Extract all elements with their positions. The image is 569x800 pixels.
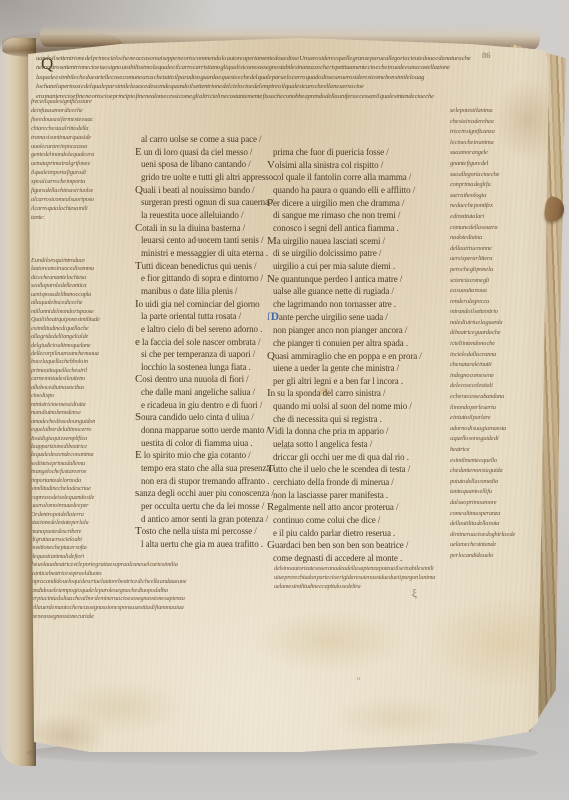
gloss-line: uelame che sintende (450, 540, 528, 551)
gloss-line: che dante non sia guida (450, 466, 528, 477)
gloss-line: gente del mondo la quale era (31, 151, 135, 160)
gloss-line: per piu cinta d uliua che ai bor de mine… (29, 595, 272, 604)
tercet-initial: C (135, 373, 142, 385)
left-margin-gloss-block-2: E un di loro qui introducelautore uno in… (31, 257, 137, 561)
gloss-line: Sopra candido uelo qui descriue lautore … (29, 578, 272, 587)
gloss-line: alla quale boce dice che (31, 299, 137, 307)
gloss-line: importante de lorno da (31, 477, 137, 485)
verse-line: quando ha paura o quando elli e afflitto… (273, 184, 468, 197)
tercet-initial: Q (267, 350, 275, 362)
gloss-line: e similitudine di quella che (31, 325, 137, 333)
verse-line: continuo come colui che dice / (273, 514, 468, 527)
tercet-initial: M (267, 235, 277, 247)
gloss-line: uersi sperar littera (450, 254, 528, 265)
gloss-line: uenuta prima tral grifone e (31, 160, 135, 169)
verse-line: prima che fuor di puericia fosse / (273, 146, 468, 159)
gloss-line: chiare che sta al ritto della (31, 125, 135, 134)
verse-line: che di necessita qui si registra . (273, 413, 468, 426)
verse-line: che pianger ti conuien per altra spada . (273, 337, 468, 350)
scribal-flourish-mark: ξ (412, 588, 417, 600)
gloss-line: xpo al carro che importa (31, 178, 135, 187)
verse-line: Cosi dentro una nuuola di fiori / (135, 373, 291, 386)
right-margin-gloss: se le potesti lanimache sia in a dere be… (450, 106, 528, 562)
gloss-line: ueni sposa de libano e capla (31, 291, 137, 299)
verse-line: ualse alle guance nette di rugiada / (273, 285, 468, 298)
verse-line: la reuestita uoce alleluiando / (141, 209, 291, 222)
gloss-line: nale di uirtu e la guarda (450, 318, 528, 329)
gloss-line: Io uidi gia qui exemplifica (31, 435, 137, 443)
gloss-line: ua era lomo in nuuole e per (31, 502, 137, 510)
tercet-initial: E (135, 449, 142, 461)
verse-line: e laltro cielo di bel sereno adorno . (141, 323, 291, 336)
gloss-line: amade che disse do un guidon (31, 418, 137, 426)
gloss-line: freca il quale significa stare (31, 98, 135, 107)
header-line: lo chanel apertossi e del quale par simi… (36, 82, 538, 91)
gloss-line: potuto della comedia (450, 477, 528, 488)
header-line: la quale e simbile che due artelle cose … (36, 73, 538, 82)
tiny-quire-mark: u (357, 676, 360, 682)
tercet-initial: T (267, 463, 274, 475)
gloss-line: fiore douea si ferme ste e uac (31, 116, 135, 125)
verse-line: uestita di color di fiamma uiua . (141, 437, 291, 450)
verse-line: E lo spirito mio che gia cotanto / (135, 449, 291, 462)
verse-column-2: prima che fuor di puericia fosse /Volsim… (273, 146, 468, 565)
gloss-line: positione che piacer sofia (31, 544, 137, 552)
gloss-line: indegno come se ne (450, 371, 528, 382)
gloss-line: il carro quia la chiesa mili (31, 205, 135, 214)
gloss-line: alla boce diuina uocibus (31, 384, 137, 392)
gloss-line: beatrice (450, 445, 528, 456)
tercet-initial: e (135, 336, 140, 348)
verse-line: cerchiato della fronde di minerua / (273, 476, 468, 489)
verse-line: Quasi ammiraglio che en poppa e en prora… (267, 350, 468, 363)
tercet-initial: V (267, 425, 275, 437)
gloss-line: al carro sicome al suo riposo (31, 196, 135, 205)
verse-line: Ma uirgilio nauea lasciati scemi / (267, 235, 468, 248)
footer-gloss-left: che uolaua beatrice et le porte gratiae … (29, 561, 272, 621)
tercet-initial: V (267, 159, 275, 171)
verse-line: per gli altri legni e a ben far l incora… (273, 375, 468, 388)
gloss-line: mill anni del mondo rispuose (31, 308, 137, 316)
interlinear-correction: a uoce (196, 237, 211, 243)
gloss-line: num diuino benedens e (31, 409, 137, 417)
gloss-line: trama si sontinuar quasi de (31, 134, 135, 143)
gloss-line: de infusa amor dice che (31, 107, 135, 116)
gloss-line: come ultima speranza (450, 509, 528, 520)
tercet-initial: T (135, 525, 142, 537)
header-commentary: uando il settentrione del primo cielo ch… (36, 54, 538, 101)
verse-line: Regalmente nell atto ancor proterua / (267, 501, 468, 514)
verse-line: ministri e messaggier di uita eterna . (141, 247, 291, 260)
gloss-line: sua amor angele (450, 148, 528, 159)
blue-initial: D (271, 311, 279, 323)
gloss-line: e in tutto il parlare (450, 413, 528, 424)
gloss-line: comune della souera (450, 223, 528, 234)
gloss-line: dice che amante la chiesa (31, 274, 137, 282)
gloss-line: di gratia uerso cielo abi (31, 536, 137, 544)
gloss-line: sacra theologia (450, 191, 528, 202)
verse-line: Volsimi alla sinistra col rispitto / (267, 159, 468, 172)
gloss-line: le cioe che in anima (450, 138, 528, 149)
verse-line: sanza degli occhi auer piu conoscenza / (135, 487, 291, 500)
gloss-line: che uolaua beatrice et le porte gratiae … (29, 561, 272, 570)
gloss-line: uiue prore chiudon parte cioe rigida res… (274, 574, 516, 583)
verse-line: Tutto che il uelo che le scendea di test… (267, 463, 468, 476)
verse-line: al carro uolse se come a sua pace / (141, 133, 291, 146)
header-line: uando il settentrione del primo cielo ch… (36, 54, 538, 63)
footer-gloss-right: delsino autorizate souerana dea della sa… (274, 565, 516, 591)
gloss-line: Or dentro poi della terra (31, 511, 137, 519)
tercet-initial: I (135, 298, 139, 310)
verse-line: col quale il fantolin corre alla mamma / (273, 171, 468, 184)
gloss-line: ministri cioe messi di uita (31, 401, 137, 409)
gloss-line: del giudicio ultimo quelane (31, 342, 137, 350)
gloss-line: adorno di sua gia maesta (450, 424, 528, 435)
gloss-line: in cielo dalla cranna (450, 350, 528, 361)
verse-line: Tosto che nella uista mi percosse / (135, 525, 291, 538)
gloss-line: di minerua cioe doghirla e de (450, 530, 528, 541)
gloss-line: che sia in a dere bea (450, 117, 528, 128)
verse-line: Ne quantunque perdeo l antica matre / (267, 273, 468, 286)
gloss-line: la antica beatrice sopra el diuoto (29, 570, 272, 579)
gloss-line: trice in significanza (450, 127, 528, 138)
verse-line: di se uirgilio dolcissimo patre / (273, 247, 468, 260)
gloss-line: della utilita della nota (450, 519, 528, 530)
gloss-line: candido uele tempo gio quale le parole u… (29, 587, 272, 596)
gloss-line: e apresso dei sole quando sile (31, 494, 137, 502)
gloss-line: la quale descende con anima (31, 451, 137, 459)
gloss-line: bella uerde manto che ne assegnassione s… (29, 604, 272, 613)
gloss-line: prima uita quella che uiril (31, 367, 137, 375)
verse-line: manibus o date lilia plenis / (141, 285, 291, 298)
gloss-line: carne mistade si leuiteno (31, 375, 137, 383)
tercet-initial: Q (135, 184, 143, 196)
verse-line: e la faccia del sole nascer ombrata / (135, 336, 291, 349)
verse-line: quando mi uolsi al suon del nome mio / (273, 400, 468, 413)
gloss-line: il quale importa figura di (31, 169, 135, 178)
gloss-line: i cieli intendono che (450, 339, 528, 350)
verse-line: In su la sponda del carro sinistra / (267, 387, 468, 400)
stain (250, 610, 410, 672)
gloss-line: e quel albor de lultimo cerro (31, 426, 137, 434)
gloss-line: uuole curare in poca assa (31, 143, 135, 152)
verse-line: e il piu caldo parlar dietro reserua . (273, 527, 468, 540)
verse-line: uiene a ueder la gente che ministra / (273, 362, 468, 375)
gloss-line: similitudine che la descriue (31, 485, 137, 493)
gloss-line: che naturale inuiti (450, 360, 528, 371)
verse-line: locchio la sostenea lunga fiata . (141, 361, 291, 374)
verse-line: Per dicere a uirgilio men che dramma / (267, 197, 468, 210)
gloss-line: gnante figure del (450, 159, 528, 170)
gloss-line: che ne assegnassione curiale (29, 613, 272, 622)
verse-line: Soura candido uelo cinta d uliua / (135, 411, 291, 424)
manuscript-leaf: 86 Q uando il settentrione del primo cie… (0, 0, 569, 800)
verse-line: Tutti dicean benedictus qui uenis / (135, 260, 291, 273)
gloss-line: per lo candido uelo (450, 551, 528, 562)
verse-line: Guardaci ben ben son ben son beatrice / (267, 539, 468, 552)
gloss-line: uelame similitudine e capitulo se delira (274, 583, 516, 592)
tercet-initial: N (267, 273, 275, 285)
gloss-line: pero che gli pone la (450, 265, 528, 276)
gloss-line: con prima degli fu (450, 180, 528, 191)
tercet-initial: R (267, 501, 274, 513)
gloss-line: in angelo che fu stare eroe (31, 468, 137, 476)
gloss-line: a quello sono guide di (450, 434, 528, 445)
verse-line: conosco i segni dell antica fiamma . (273, 222, 468, 235)
verse-line: uirgilio a cui per mia salute diemi . (273, 260, 468, 273)
gloss-line: e che necesse abandona (450, 392, 528, 403)
verse-line: che lagrimando non tornasser atre . (273, 298, 468, 311)
gloss-line: mana puote describere (31, 528, 137, 536)
gloss-line: de le cose celestiali (450, 381, 528, 392)
verse-line: d antico amor senti la gran potenza / (141, 513, 291, 526)
verse-line: Vidi la donna che pria m appario / (267, 425, 468, 438)
manuscript-photo: 86 Q uando il settentrione del primo cie… (0, 0, 569, 800)
gloss-line: Quali i beati qui pone similitude (31, 316, 137, 324)
tercet-initial: C (135, 222, 142, 234)
verse-line: Io uidi gia nel cominciar del giorno (135, 298, 291, 311)
gloss-line: tante: (31, 214, 135, 223)
verse-line: non la lasciasse parer manifesta . (273, 489, 468, 502)
gloss-line: se alla parola delle antica (31, 282, 137, 290)
gloss-line: mirando il settemtrio (450, 307, 528, 318)
verse-line: E un di loro quasi da ciel messo / (135, 146, 291, 159)
gloss-line: cioe di xpo (31, 392, 137, 400)
tercet-initial: E (135, 146, 142, 158)
gloss-line: stacione de lestate per la lu (31, 519, 137, 527)
left-margin-gloss-block-1: freca il quale significa starede infusa … (31, 98, 135, 223)
tercet-initial: s (135, 487, 139, 499)
gloss-line: render alegrecca (450, 297, 528, 308)
gloss-line: suo allegoria cioe che (450, 170, 528, 181)
stain (330, 695, 460, 740)
header-line: nel nostro settentrione cioe tuo signo u… (36, 63, 538, 72)
gloss-line: se distexe prima dallema (31, 460, 137, 468)
gloss-line: figura della chiesa si riuolse (31, 187, 135, 196)
verse-line: grido tre uolte e tutti gli altri appres… (141, 171, 291, 184)
verse-line: Quali i beati al nouissimo bando / (135, 184, 291, 197)
gloss-line: E un di loro qui introduce (31, 257, 137, 265)
verse-line: e ricadeua in giu dentro e di fuori / (141, 399, 291, 412)
gloss-line: lautore uno in uoce di somma (31, 265, 137, 273)
tercet-initial: T (135, 260, 142, 272)
gloss-line: sciencia come gli (450, 276, 528, 287)
tercet-initial: S (135, 411, 141, 423)
pale-margin-note: nota (281, 445, 291, 451)
gloss-line: e a sua uita noua (450, 286, 528, 297)
gloss-line: se le potesti lanima (450, 106, 528, 117)
gloss-line: dal suo primo amore (450, 498, 528, 509)
verse-line: Cotali in su la diuina basterna / (135, 222, 291, 235)
verse-line: driccar gli occhi uer me di qua dal rio … (273, 451, 468, 464)
gloss-line: na dote diuina (450, 233, 528, 244)
gloss-line: la apparizione di beatrice (31, 443, 137, 451)
gloss-line: di beatrice guarda che (450, 328, 528, 339)
gloss-line: e dinstituta lari (450, 212, 528, 223)
gloss-line: il mondo per le uertu (450, 403, 528, 414)
tercet-initial: I (267, 387, 271, 399)
verse-line: ſDante perche uirgilio sene uada / (267, 311, 468, 325)
gloss-line: delsino autorizate souerana dea della sa… (274, 565, 516, 574)
gloss-line: boce la quella che bbolo in (31, 358, 137, 366)
gloss-line: alla grida delli angeli al de (31, 333, 137, 341)
gloss-line: ne due che pontifex (450, 201, 528, 212)
blue-paraph-flourish: ſ (267, 312, 270, 323)
tercet-initial: P (267, 197, 273, 209)
gloss-line: delle corpi leuara anche nuoua (31, 350, 137, 358)
tercet-initial: G (267, 539, 275, 551)
verse-line: come degnasti di accedere al monte . (273, 552, 468, 565)
gloss-line: e similmente e quello (450, 456, 528, 467)
verse-line: non era di stupor tremando affranto . (141, 475, 291, 488)
verse-line: uelata sotto l angelica festa / (273, 438, 468, 451)
gloss-line: tanto quanto elli fu (450, 487, 528, 498)
verse-line: di sangue me rimaso che non tremi / (273, 209, 468, 222)
gloss-line: della uirtu e nonne (450, 244, 528, 255)
verse-line: non pianger anco non pianger ancora / (273, 324, 468, 337)
